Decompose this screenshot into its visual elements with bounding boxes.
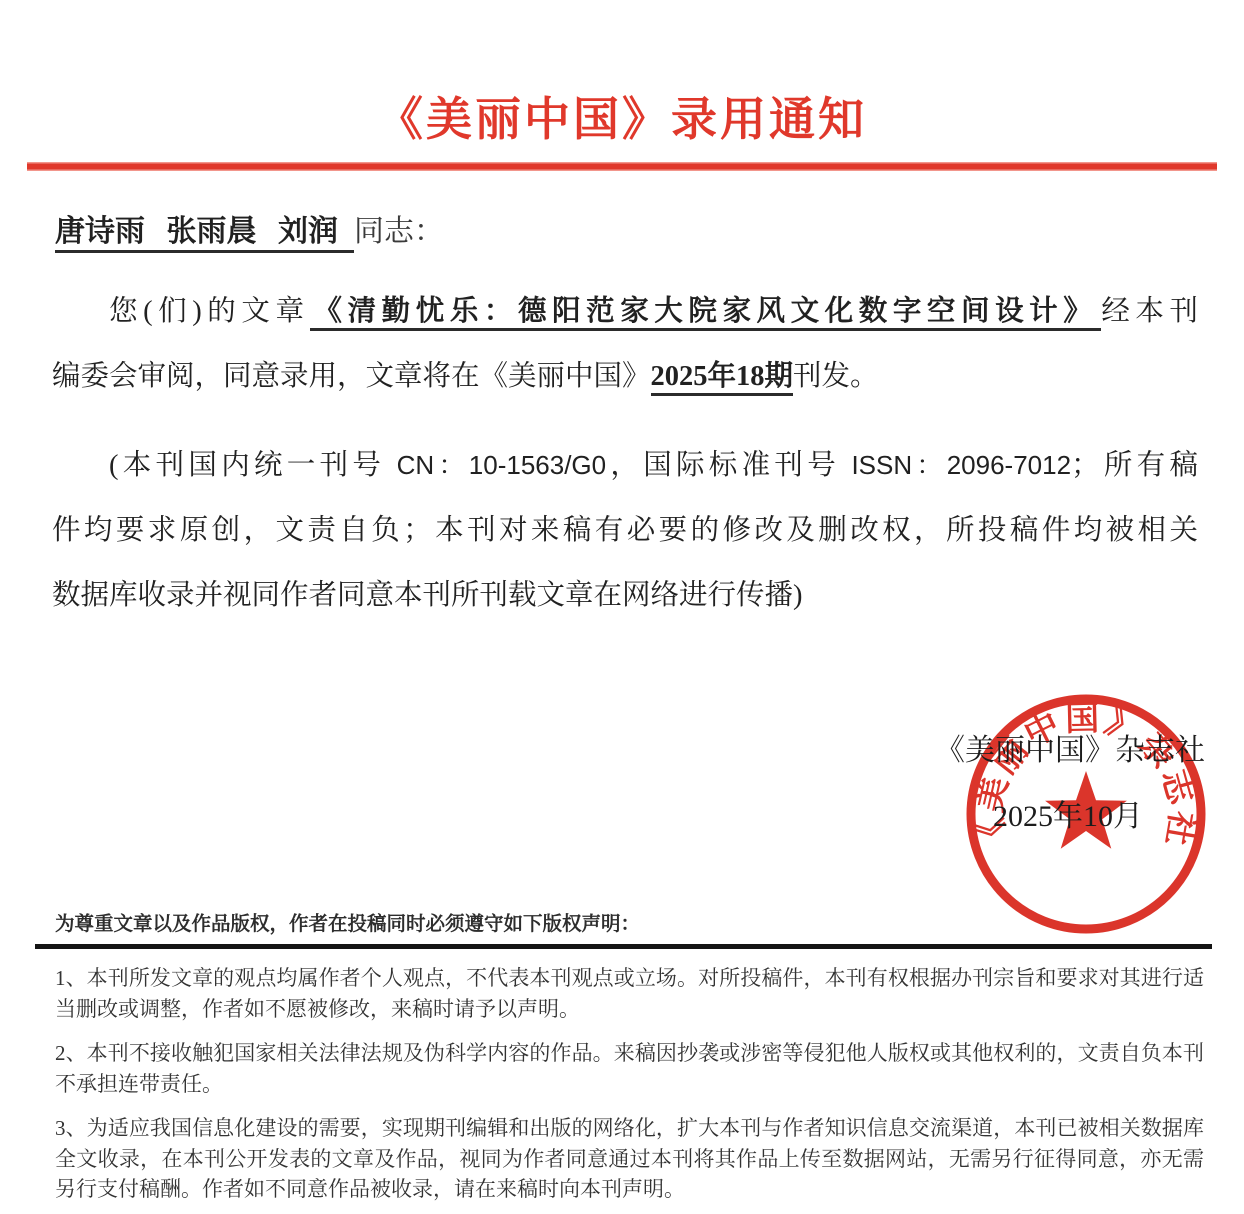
- copyright-footer: 为尊重文章以及作品版权，作者在投稿同时必须遵守如下版权声明： 1、本刊所发文章的…: [55, 912, 1204, 1205]
- para1-line1-tail: 经本刊: [1101, 296, 1198, 327]
- para2-line1-a: (本刊国内统一刊号: [109, 450, 397, 481]
- paragraph-line: 编委会审阅，同意录用，文章将在《美丽中国》2025年18期刊发。: [52, 344, 1198, 409]
- para1-prefix: 您(们)的文章: [109, 296, 310, 327]
- page-title: 《美丽中国》录用通知: [0, 92, 1244, 148]
- acceptance-paragraph: 您(们)的文章《清勤忧乐：德阳范家大院家风文化数字空间设计》经本刊 编委会审阅，…: [0, 279, 1244, 409]
- issn-number: ISSN：2096-7012: [851, 450, 1071, 480]
- para1-line2-head: 编委会审阅，同意录用，文章将在《美丽中国》: [52, 361, 651, 392]
- salutation-suffix: 同志：: [354, 215, 444, 248]
- signature-date: 2025年10月: [0, 797, 1205, 837]
- issue-number: 2025年18期: [651, 361, 794, 396]
- cn-number: CN：10-1563/G0: [397, 450, 606, 480]
- title-divider: [27, 162, 1217, 171]
- article-title: 《清勤忧乐：德阳范家大院家风文化数字空间设计》: [310, 296, 1102, 331]
- signature-org: 《美丽中国》杂志社: [0, 728, 1205, 773]
- recipient-names: 唐诗雨 张雨晨 刘润: [55, 215, 354, 253]
- copyright-item-2: 2、本刊不接收触犯国家相关法律法规及伪科学内容的作品。来稿因抄袭或涉密等侵犯他人…: [55, 1038, 1204, 1099]
- paragraph-line: (本刊国内统一刊号 CN：10-1563/G0，国际标准刊号 ISSN：2096…: [52, 433, 1198, 498]
- copyright-item-3: 3、为适应我国信息化建设的需要，实现期刊编辑和出版的网络化，扩大本刊与作者知识信…: [55, 1113, 1204, 1205]
- journal-info-paragraph: (本刊国内统一刊号 CN：10-1563/G0，国际标准刊号 ISSN：2096…: [0, 433, 1244, 628]
- paragraph-line: 数据库收录并视同作者同意本刊所刊载文章在网络进行传播): [52, 563, 1198, 628]
- salutation: 唐诗雨 张雨晨 刘润同志：: [0, 211, 1244, 253]
- copyright-item-1: 1、本刊所发文章的观点均属作者个人观点，不代表本刊观点或立场。对所投稿件，本刊有…: [55, 963, 1204, 1024]
- acceptance-letter-page: 《美丽中国》录用通知 唐诗雨 张雨晨 刘润同志： 您(们)的文章《清勤忧乐：德阳…: [0, 0, 1244, 1214]
- paragraph-line: 件均要求原创，文责自负；本刊对来稿有必要的修改及删改权，所投稿件均被相关: [52, 498, 1198, 563]
- signature-block: 《美丽中国》杂志社 2025年10月: [0, 728, 1244, 837]
- para2-line1-b: ，国际标准刊号: [606, 450, 851, 481]
- para2-line1-c: ；所有稿: [1071, 450, 1198, 481]
- para1-line2-tail: 刊发。: [793, 361, 879, 392]
- paragraph-line: 您(们)的文章《清勤忧乐：德阳范家大院家风文化数字空间设计》经本刊: [52, 279, 1198, 344]
